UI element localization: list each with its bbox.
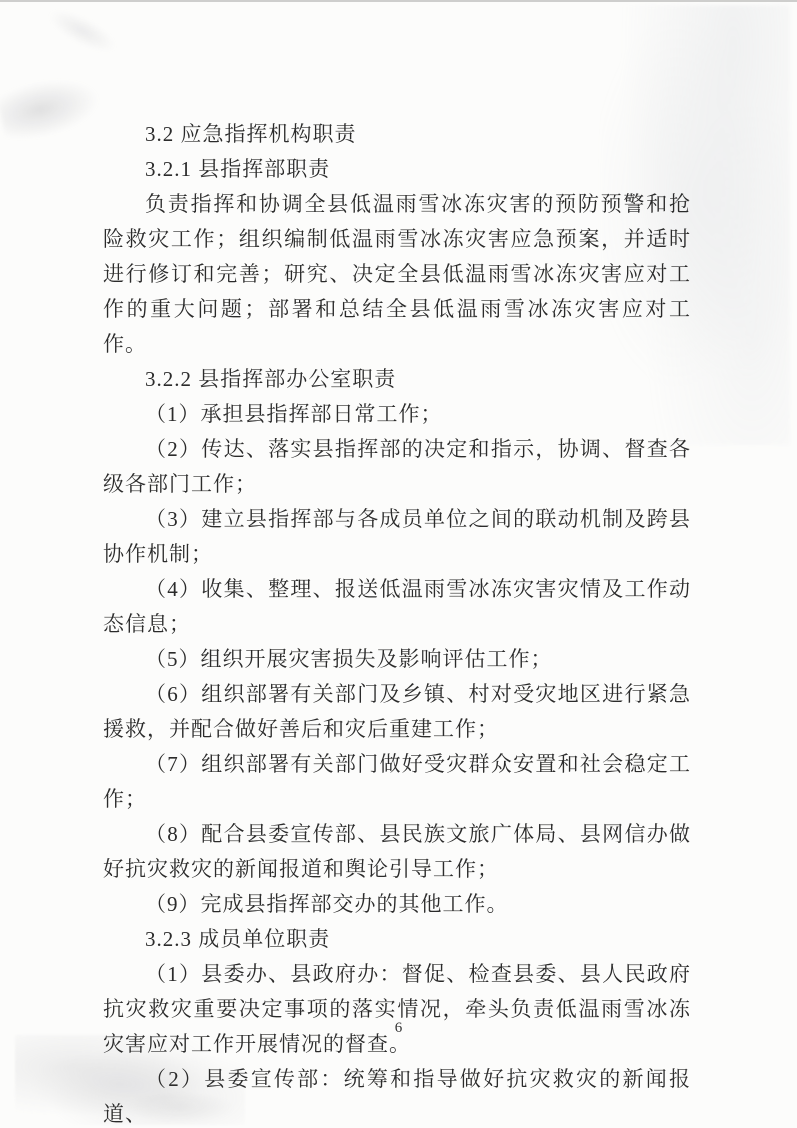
scan-smudge-top-left-streak [43,2,121,60]
section-heading-3-2: 3.2 应急指挥机构职责 [103,117,691,152]
scan-edge-artifact [0,0,797,2]
paragraph: （3）建立县指挥部与各成员单位之间的联动机制及跨县协作机制； [103,502,691,572]
document-page: 3.2 应急指挥机构职责 3.2.1 县指挥部职责 负责指挥和协调全县低温雨雪冰… [0,0,797,1128]
paragraph: （2）县委宣传部：统筹和指导做好抗灾救灾的新闻报道、 [103,1062,691,1128]
paragraph: （8）配合县委宣传部、县民族文旅广体局、县网信办做好抗灾救灾的新闻报道和舆论引导… [103,817,691,887]
document-body: 3.2 应急指挥机构职责 3.2.1 县指挥部职责 负责指挥和协调全县低温雨雪冰… [103,117,691,1128]
paragraph: （6）组织部署有关部门及乡镇、村对受灾地区进行紧急援救，并配合做好善后和灾后重建… [103,677,691,747]
paragraph: （1）承担县指挥部日常工作； [103,397,691,432]
section-heading-3-2-3: 3.2.3 成员单位职责 [103,922,691,957]
paragraph: （1）县委办、县政府办：督促、检查县委、县人民政府抗灾救灾重要决定事项的落实情况… [103,957,691,1062]
paragraph: （2）传达、落实县指挥部的决定和指示，协调、督查各级各部门工作； [103,432,691,502]
scan-smudge-top-left [0,70,105,145]
paragraph: （9）完成县指挥部交办的其他工作。 [103,887,691,922]
section-heading-3-2-2: 3.2.2 县指挥部办公室职责 [103,362,691,397]
paragraph: 负责指挥和协调全县低温雨雪冰冻灾害的预防预警和抢险救灾工作；组织编制低温雨雪冰冻… [103,187,691,362]
section-heading-3-2-1: 3.2.1 县指挥部职责 [103,152,691,187]
paragraph: （7）组织部署有关部门做好受灾群众安置和社会稳定工作； [103,747,691,817]
page-number: 6 [0,1017,797,1039]
paragraph: （4）收集、整理、报送低温雨雪冰冻灾害灾情及工作动态信息； [103,572,691,642]
paragraph: （5）组织开展灾害损失及影响评估工作； [103,642,691,677]
